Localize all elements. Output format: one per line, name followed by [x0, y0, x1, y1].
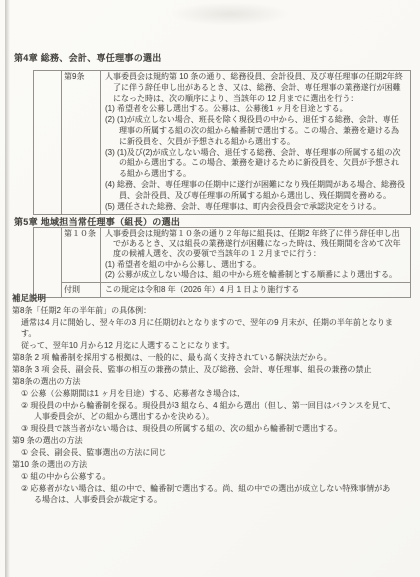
article10-table: 第１０条 人事委員会は規約第１０条の通り２年毎に組長は、任期2 年終了に伴う辞任…	[33, 227, 411, 298]
article10-empty-cell	[34, 228, 62, 298]
article9-empty-cell	[34, 71, 62, 215]
table-row: 付則 この規定は令和8 年（2026 年）4 月 1 日より施行する	[34, 283, 411, 298]
article9-item: (1) 希望者を公募し選出する。公募は、公募後1 ヶ月を目途とする。	[105, 104, 406, 115]
note-line: ① 会長、副会長、監事選出の方法に同じ	[21, 447, 398, 458]
note-line: 第8条「任期2 年の半年前」の具体例：	[12, 305, 398, 316]
notes-section: 第8条「任期2 年の半年前」の具体例： 通常は4 月に開始し、翌々年の3 月に任…	[12, 305, 398, 506]
note-line: 第8条の選出の方法	[12, 376, 398, 387]
article10-item: (2) 公募が成立しない場合は、組の中から班を輪番制とする順番により選出する。	[105, 270, 406, 280]
article9-item: (2) (1)が成立しない場合、班長を除く現役員の中から、退任する総務、会計、専…	[105, 115, 406, 147]
table-row: 第１０条 人事委員会は規約第１０条の通り２年毎に組長は、任期2 年終了に伴う辞任…	[34, 228, 411, 283]
note-line: 従って、翌年10 月から12 月迄に人選することになります。	[21, 340, 398, 351]
note-line: ① 公募（公募期間は1 ヶ月を目途）する、応募者なき場合は,	[21, 388, 398, 399]
article9-intro: 人事委員会は規約第 10 条の通り、総務役員、会計役員、及び専任理事の任期2年終…	[105, 72, 406, 104]
note-line: ② 応募者がない場合は、組の中で、輪番制で選出する。尚、組の中での選出が成立しな…	[21, 483, 398, 505]
article10-intro: 人事委員会は規約第１０条の通り２年毎に組長は、任期2 年終了に伴う辞任申し出でが…	[105, 229, 406, 260]
article9-item: (5) 選任された総務、会計、専任理事は、町内会役員会で承認決定をうける。	[105, 202, 406, 213]
note-line: 第10 条の選出の方法	[12, 459, 398, 470]
article9-label: 第9条	[62, 71, 101, 215]
note-line: ③ 現役員で該当者がない場合は、現役員の所属する組の、次の組から輪番制で選出する…	[21, 423, 398, 434]
article9-table: 第9条 人事委員会は規約第 10 条の通り、総務役員、会計役員、及び専任理事の任…	[33, 70, 411, 215]
article9-item: (4) 総務、会計、専任理事の任期中に遂行が困難になり残任期間がある場合、総務役…	[105, 180, 406, 202]
article10-item: (1) 希望者を組の中から公募し、選出する。	[105, 260, 406, 270]
notes-heading: 補足説明	[12, 292, 46, 304]
note-line: 通常は4 月に開始し、翌々年の3 月に任期切れとなりますので、翌年の9 月末が、…	[21, 317, 398, 339]
note-line: 第9 条の選出の方法	[12, 435, 398, 446]
appendix-label: 付則	[62, 283, 101, 298]
chapter4-heading: 第4章 総務、会計、専任理事の選出	[14, 51, 162, 64]
note-line: 第8条 2 項 輪番制を採用する根拠は、一般的に、最も高く支持されている解決法だ…	[12, 352, 398, 363]
note-line: ② 現役員の中から輪番制を探る。現役員が3 組なら、4 組から選出（但し、第一回…	[21, 400, 398, 422]
appendix-text: この規定は令和8 年（2026 年）4 月 1 日より施行する	[101, 283, 411, 298]
scan-edge-shadow	[5, 0, 10, 577]
article9-item: (3) (1)及び(2)が成立しない場合、退任する総務、会計、専任理事の所属する…	[105, 148, 406, 180]
note-line: ① 組の中から公募する。	[21, 471, 398, 482]
article9-body: 人事委員会は規約第 10 条の通り、総務役員、会計役員、及び専任理事の任期2年終…	[101, 71, 411, 215]
scanned-document-page: 第4章 総務、会計、専任理事の選出 第9条 人事委員会は規約第 10 条の通り、…	[0, 0, 420, 577]
scan-smudge	[170, 2, 290, 26]
article10-body: 人事委員会は規約第１０条の通り２年毎に組長は、任期2 年終了に伴う辞任申し出でが…	[101, 228, 411, 283]
note-line: 第8条 3 項 会長、副会長、監事の相互の兼務の禁止、及び総務、会計、専任理事、…	[12, 364, 398, 375]
article10-label: 第１０条	[62, 228, 101, 283]
table-row: 第9条 人事委員会は規約第 10 条の通り、総務役員、会計役員、及び専任理事の任…	[34, 71, 411, 215]
